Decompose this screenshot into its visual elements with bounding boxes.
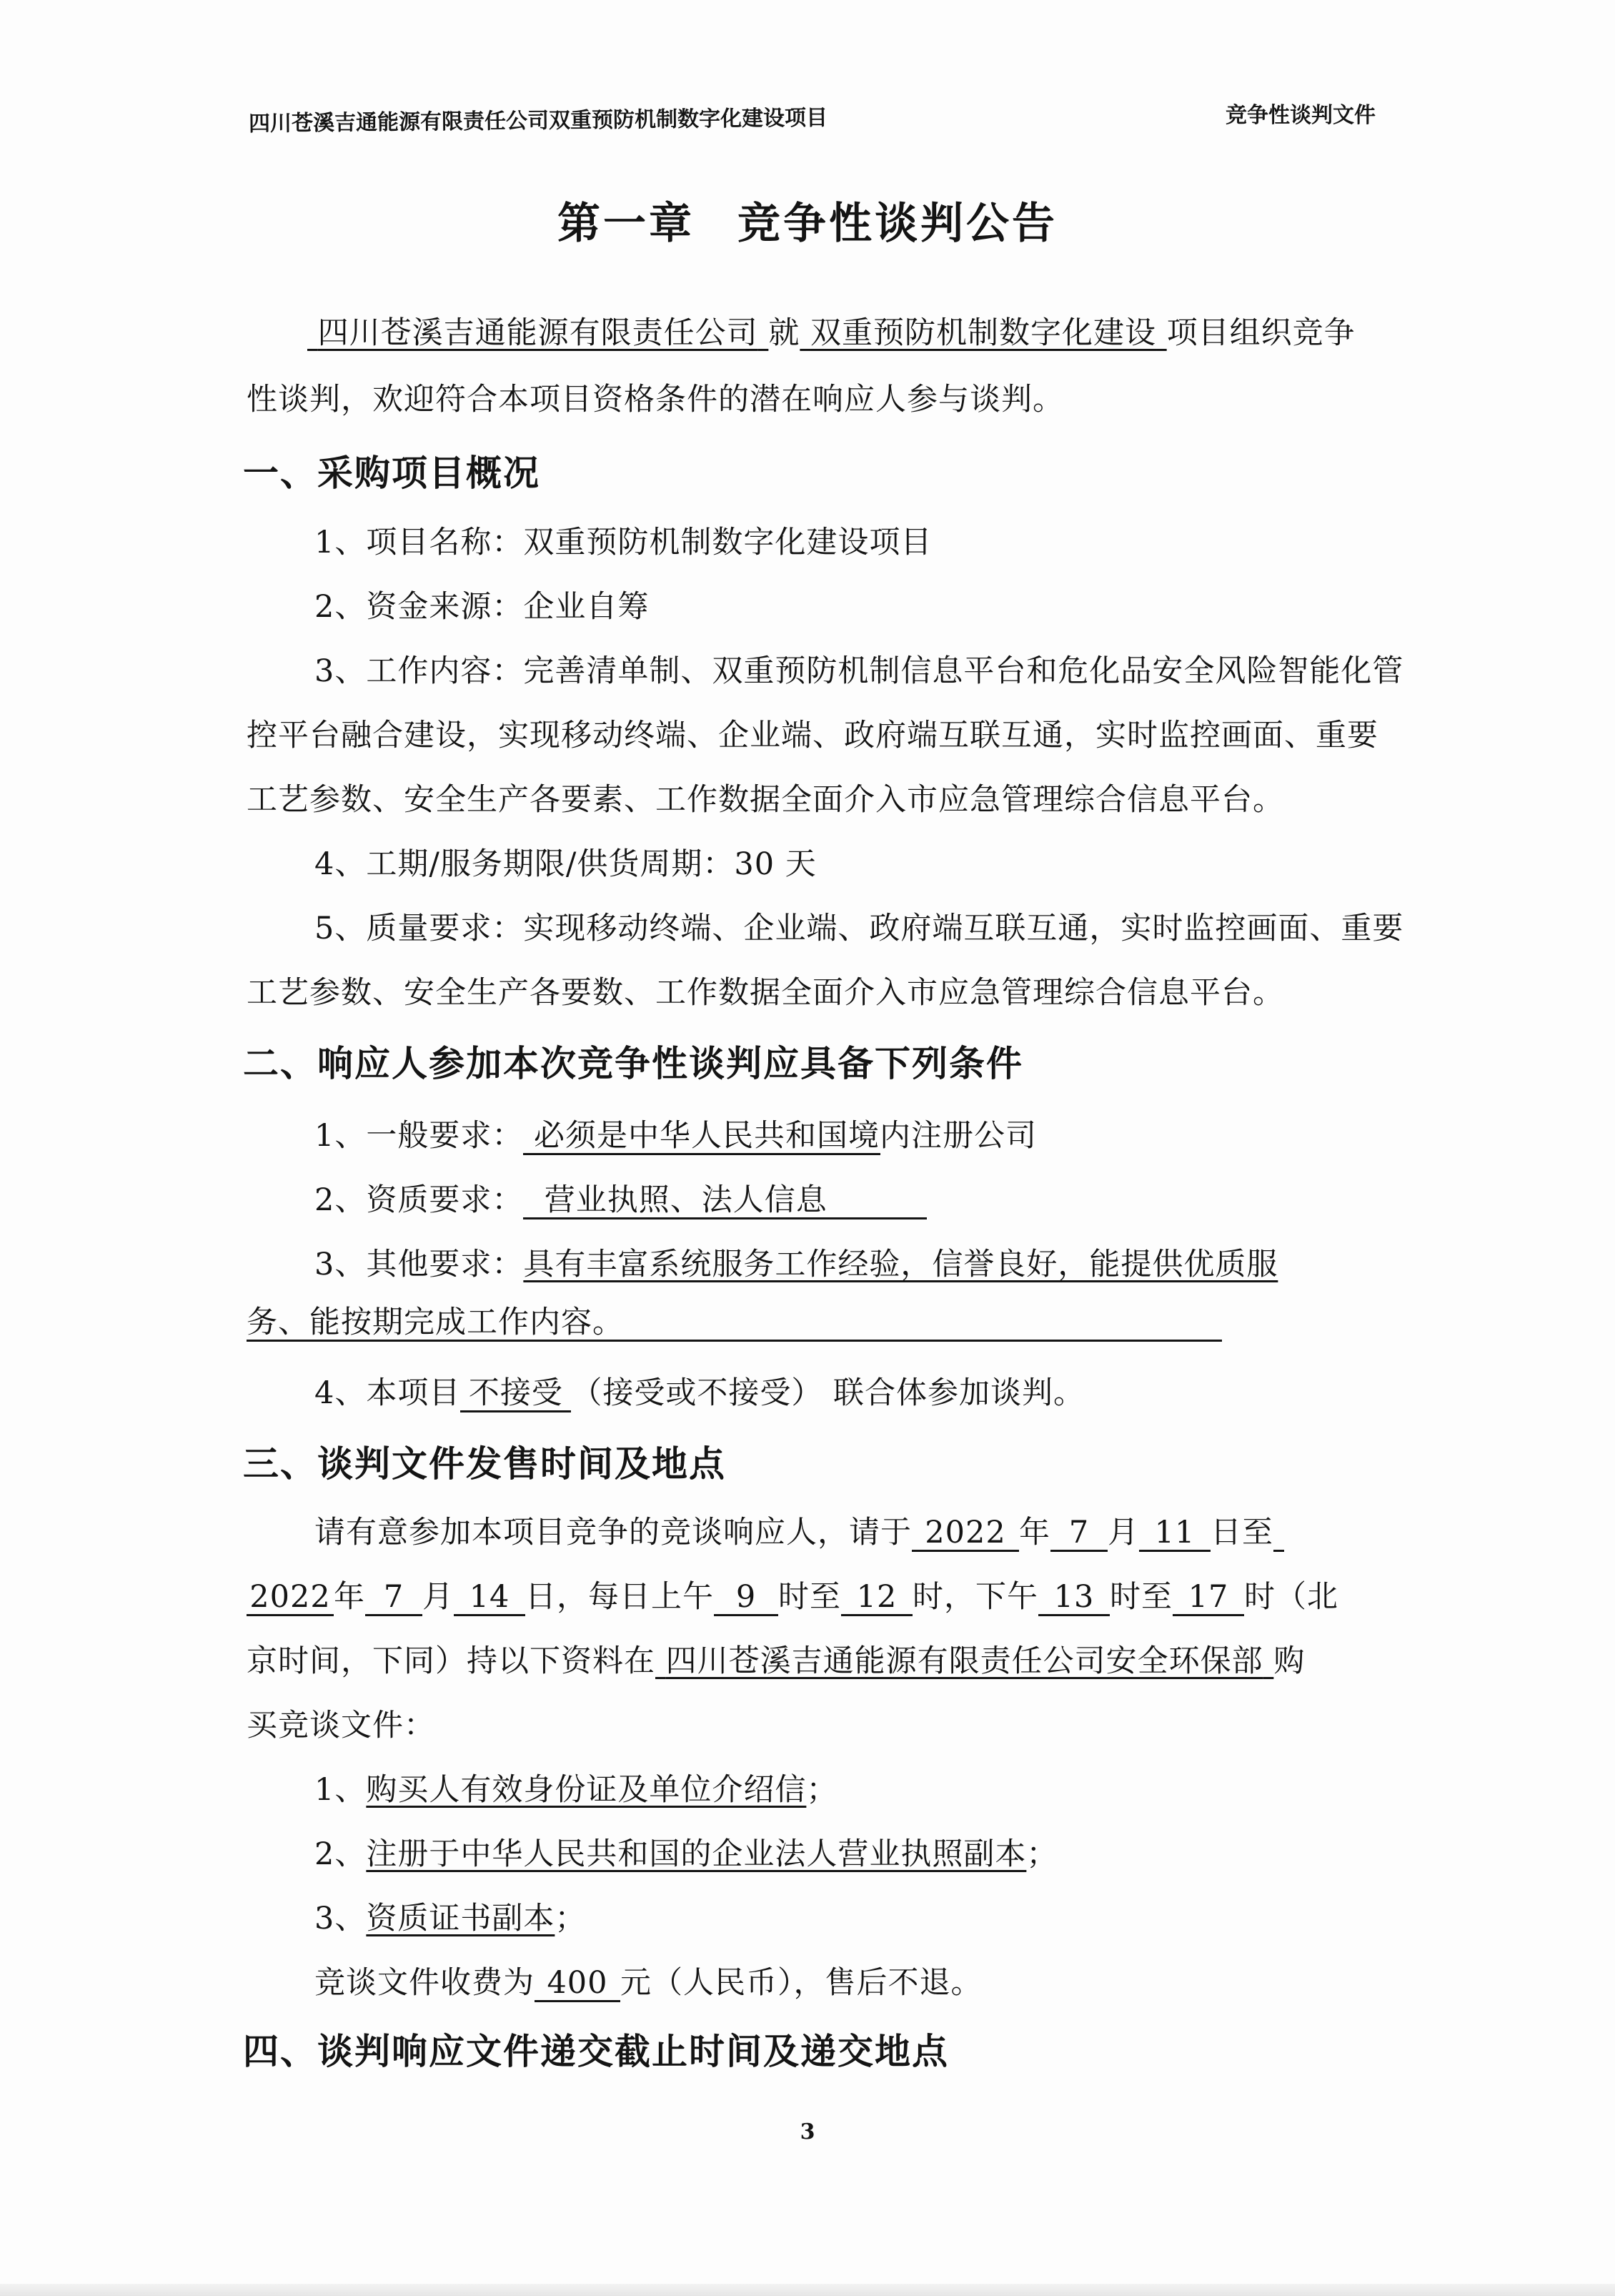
document-fee: 竞谈文件收费为400元（人民币），售后不退。 xyxy=(314,1959,983,2002)
item-quality-1: 5、质量要求：实现移动终端、企业端、政府端互联互通，实时监控画面、重要 xyxy=(314,904,1403,948)
req-general: 1、一般要求： 必须是中华人民共和国境内注册公司 xyxy=(314,1112,880,1155)
document-page: 四川苍溪吉通能源有限责任公司双重预防机制数字化建设项目 竞争性谈判文件 第一章竞… xyxy=(0,0,1615,2296)
project-name-fill: 双重预防机制数字化建设 xyxy=(800,315,1166,351)
doc-item-license: 2、注册于中华人民共和国的企业法人营业执照副本； xyxy=(314,1830,1058,1874)
doc-item-cert: 3、资质证书副本； xyxy=(314,1894,586,1938)
sale-location-line: 京时间，下同）持以下资料在 四川苍溪吉通能源有限责任公司安全环保部 购 xyxy=(247,1637,1305,1681)
item-work-content-1: 3、工作内容：完善清单制、双重预防机制信息平台和危化品安全风险智能化管 xyxy=(314,647,1403,691)
sale-time-line-2: 2022年7月14日，每日上午9时至12时，下午13时至17时（北 xyxy=(247,1573,1338,1616)
page-number: 3 xyxy=(0,2119,1615,2144)
doc-item-id: 1、购买人有效身份证及单位介绍信； xyxy=(314,1766,838,1809)
item-work-content-2: 控平台融合建设，实现移动终端、企业端、政府端互联互通，实时监控画面、重要 xyxy=(247,711,1378,755)
purchase-docs-intro: 买竞谈文件： xyxy=(247,1701,435,1745)
chapter-name: 竞争性谈判公告 xyxy=(737,199,1058,249)
section-heading-1: 一、采购项目概况 xyxy=(243,445,540,496)
item-duration: 4、工期/服务期限/供货周期：30 天 xyxy=(314,840,817,884)
running-header-project: 四川苍溪吉通能源有限责任公司双重预防机制数字化建设项目 xyxy=(249,100,828,137)
sale-time-line-1: 请有意参加本项目竞争的竞谈响应人，请于2022年7月11日至 xyxy=(314,1508,1284,1552)
intro-line-2: 性谈判，欢迎符合本项目资格条件的潜在响应人参与谈判。 xyxy=(247,375,1064,419)
req-other-1: 3、其他要求：具有丰富系统服务工作经验，信誉良好，能提供优质服 xyxy=(314,1240,1278,1284)
running-header-doc-type: 竞争性谈判文件 xyxy=(1226,97,1376,129)
item-project-name: 1、项目名称：双重预防机制数字化建设项目 xyxy=(314,518,932,562)
section-heading-2: 二、响应人参加本次竞争性谈判应具备下列条件 xyxy=(243,1035,1023,1087)
req-other-2: 务、能按期完成工作内容。 xyxy=(247,1305,1222,1342)
req-consortium: 4、本项目不接受（接受或不接受） 联合体参加谈判。 xyxy=(314,1369,1085,1412)
intro-line-1: 四川苍溪吉通能源有限责任公司 就 双重预防机制数字化建设 项目组织竞争 xyxy=(307,309,1356,352)
section-heading-4: 四、谈判响应文件递交截止时间及递交地点 xyxy=(243,2023,949,2074)
item-quality-2: 工艺参数、安全生产各要数、工作数据全面介入市应急管理综合信息平台。 xyxy=(247,969,1284,1012)
purchaser-name: 四川苍溪吉通能源有限责任公司 xyxy=(307,315,768,351)
section-heading-3: 三、谈判文件发售时间及地点 xyxy=(243,1435,726,1487)
page-bottom-edge xyxy=(0,2284,1615,2296)
req-qualification: 2、资质要求： 营业执照、法人信息 xyxy=(314,1176,927,1219)
chapter-title: 第一章竞争性谈判公告 xyxy=(0,189,1615,251)
chapter-number: 第一章 xyxy=(557,199,695,249)
sale-location: 四川苍溪吉通能源有限责任公司安全环保部 xyxy=(655,1643,1273,1679)
item-fund-source: 2、资金来源：企业自筹 xyxy=(314,583,649,626)
item-work-content-3: 工艺参数、安全生产各要素、工作数据全面介入市应急管理综合信息平台。 xyxy=(247,776,1284,819)
